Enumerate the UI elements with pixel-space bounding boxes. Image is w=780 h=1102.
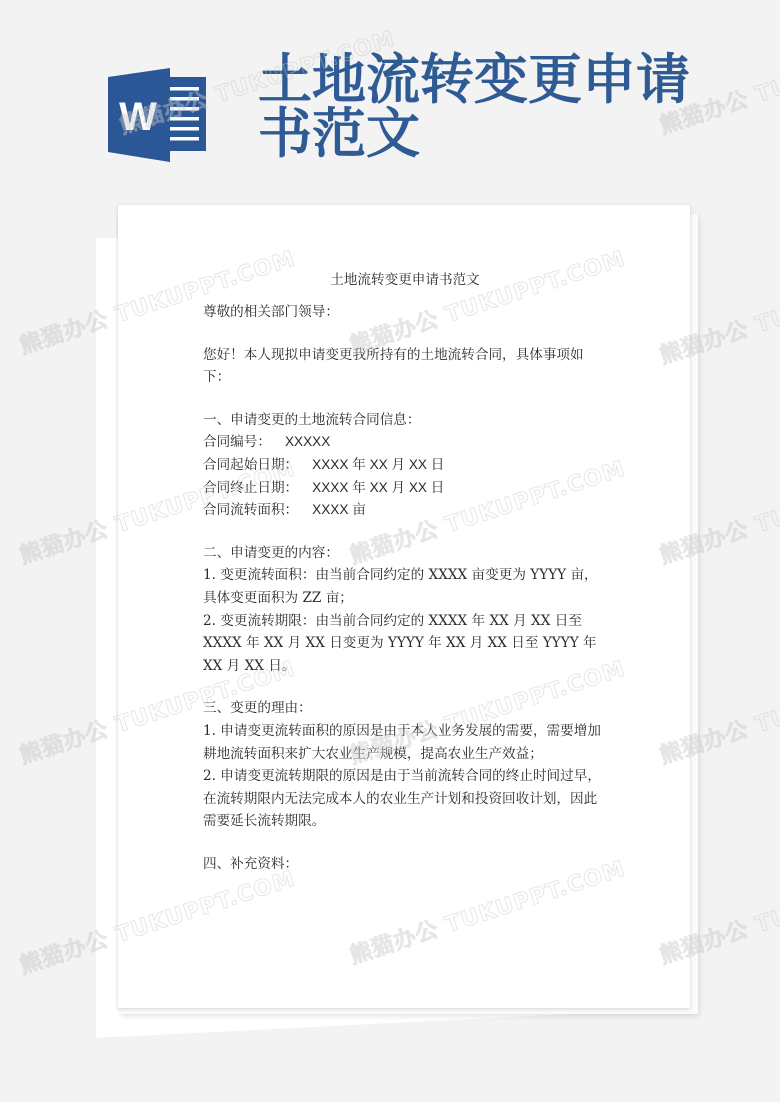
contract-end-date-row: 合同终止日期： XXXX 年 XX 月 XX 日 <box>203 477 607 500</box>
field-label: 合同终止日期： <box>203 477 298 500</box>
field-value: XXXX 亩 <box>312 499 366 522</box>
document-body: 土地流转变更申请书范文 尊敬的相关部门领导： 您好！本人现拟申请变更我所持有的土… <box>203 269 607 875</box>
document-page: 土地流转变更申请书范文 尊敬的相关部门领导： 您好！本人现拟申请变更我所持有的土… <box>118 205 690 1008</box>
section1-heading: 一、申请变更的土地流转合同信息： <box>203 409 607 432</box>
field-value: XXXXX <box>285 431 330 454</box>
field-value: XXXX 年 XX 月 XX 日 <box>312 477 444 500</box>
contract-area-row: 合同流转面积： XXXX 亩 <box>203 499 607 522</box>
section3-item: 2. 申请变更流转期限的原因是由于当前流转合同的终止时间过早，在流转期限内无法完… <box>203 765 607 833</box>
word-document-icon: W <box>108 68 208 162</box>
field-label: 合同流转面积： <box>203 499 298 522</box>
field-value: XXXX 年 XX 月 XX 日 <box>312 454 444 477</box>
section3-item: 1. 申请变更流转面积的原因是由于本人业务发展的需要，需要增加耕地流转面积来扩大… <box>203 720 607 765</box>
section2-item: 2. 变更流转期限：由当前合同约定的 XXXX 年 XX 月 XX 日至 XXX… <box>203 610 607 678</box>
document-title: 土地流转变更申请书范文 <box>203 269 607 291</box>
page-title-line2: 书范文 <box>258 106 778 160</box>
salutation: 尊敬的相关部门领导： <box>203 301 607 324</box>
section2-item: 1. 变更流转面积：由当前合同约定的 XXXX 亩变更为 YYYY 亩，具体变更… <box>203 564 607 609</box>
contract-number-row: 合同编号： XXXXX <box>203 431 607 454</box>
contract-start-date-row: 合同起始日期： XXXX 年 XX 月 XX 日 <box>203 454 607 477</box>
field-label: 合同编号： <box>203 431 271 454</box>
section4-heading: 四、补充资料： <box>203 853 607 876</box>
page-title-line1: 土地流转变更申请 <box>258 52 778 106</box>
svg-text:W: W <box>119 95 157 139</box>
section3-heading: 三、变更的理由： <box>203 697 607 720</box>
page-title: 土地流转变更申请 书范文 <box>258 52 778 160</box>
intro-paragraph: 您好！本人现拟申请变更我所持有的土地流转合同，具体事项如下： <box>203 344 607 389</box>
section2-heading: 二、申请变更的内容： <box>203 542 607 565</box>
field-label: 合同起始日期： <box>203 454 298 477</box>
